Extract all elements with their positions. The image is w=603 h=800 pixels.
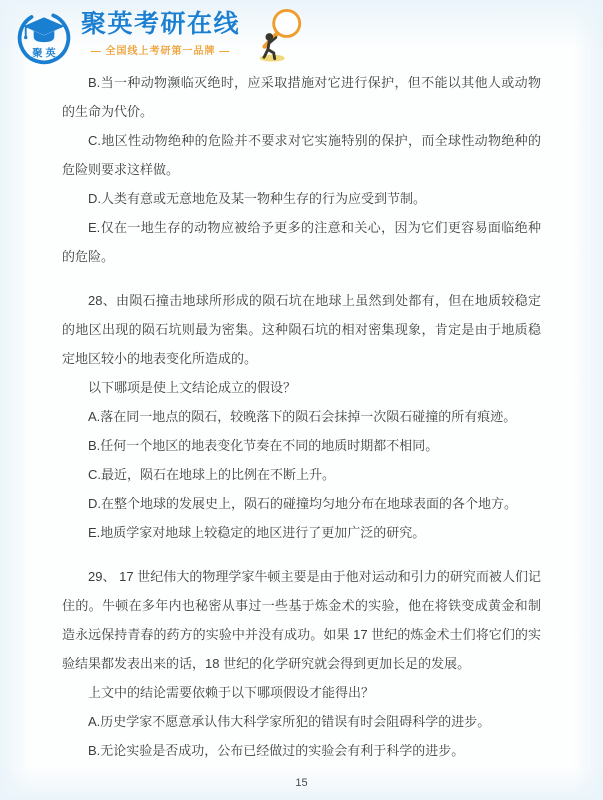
question-27-options-option-e: E.仅在一地生存的动物应被给予更多的注意和关心，因为它们更容易面临绝种的危险。 <box>62 213 541 271</box>
question-29-question-prompt: 上文中的结论需要依赖于以下哪项假设才能得出？ <box>62 678 541 707</box>
question-28-option-a: A.落在同一地点的陨石，较晚落下的陨石会抹掉一次陨石碰撞的所有痕迹。 <box>62 402 541 431</box>
brand-header: 聚 英 聚英考研在线 — 全国线上考研第一品牌 — <box>0 0 603 68</box>
question-28-question-stem: 28、由陨石撞击地球所形成的陨石坑在地球上虽然到处都有，但在地质较稳定的地区出现… <box>62 286 541 373</box>
question-28-option-d: D.在整个地球的发展史上，陨石的碰撞均匀地分布在地球表面的各个地方。 <box>62 489 541 518</box>
question-29-option-a: A.历史学家不愿意承认伟大科学家所犯的错误有时会阻碍科学的进步。 <box>62 707 541 736</box>
question-29: 29、 17 世纪伟大的物理学家牛顿主要是由于他对运动和引力的研究而被人们记住的… <box>62 562 541 765</box>
document-body: B.当一种动物濒临灭绝时，应采取措施对它进行保护，但不能以其他人或动物的生命为代… <box>0 68 603 765</box>
magnifier-person-icon <box>252 7 306 65</box>
brand-slogan: — 全国线上考研第一品牌 — <box>81 42 240 57</box>
question-29-question-stem: 29、 17 世纪伟大的物理学家牛顿主要是由于他对运动和引力的研究而被人们记住的… <box>62 562 541 678</box>
document-page: 聚 英 聚英考研在线 — 全国线上考研第一品牌 — B.当一种动物濒临灭绝时，应… <box>0 0 603 800</box>
question-27-options-option-b: B.当一种动物濒临灭绝时，应采取措施对它进行保护，但不能以其他人或动物的生命为代… <box>62 68 541 126</box>
question-27-options-option-c: C.地区性动物绝种的危险并不要求对它实施特别的保护，而全球性动物绝种的危险则要求… <box>62 126 541 184</box>
question-27-options: B.当一种动物濒临灭绝时，应采取措施对它进行保护，但不能以其他人或动物的生命为代… <box>62 68 541 271</box>
brand-title: 聚英考研在线 <box>81 11 240 39</box>
question-28-option-c: C.最近，陨石在地球上的比例在不断上升。 <box>62 460 541 489</box>
question-28-question-prompt: 以下哪项是使上文结论成立的假设？ <box>62 373 541 402</box>
question-27-options-option-d: D.人类有意或无意地危及某一物种生存的行为应受到节制。 <box>62 184 541 213</box>
graduation-cap-emblem-icon: 聚 英 <box>14 7 74 67</box>
question-28: 28、由陨石撞击地球所形成的陨石坑在地球上虽然到处都有，但在地质较稳定的地区出现… <box>62 286 541 547</box>
question-28-option-e: E.地质学家对地球上较稳定的地区进行了更加广泛的研究。 <box>62 518 541 547</box>
question-29-option-b: B.无论实验是否成功，公布已经做过的实验会有利于科学的进步。 <box>62 736 541 765</box>
brand-text-block: 聚英考研在线 — 全国线上考研第一品牌 — <box>81 7 240 57</box>
question-28-option-b: B.任何一个地区的地表变化节奏在不同的地质时期都不相同。 <box>62 431 541 460</box>
emblem-label: 聚 英 <box>32 47 56 60</box>
page-number: 15 <box>0 777 603 789</box>
